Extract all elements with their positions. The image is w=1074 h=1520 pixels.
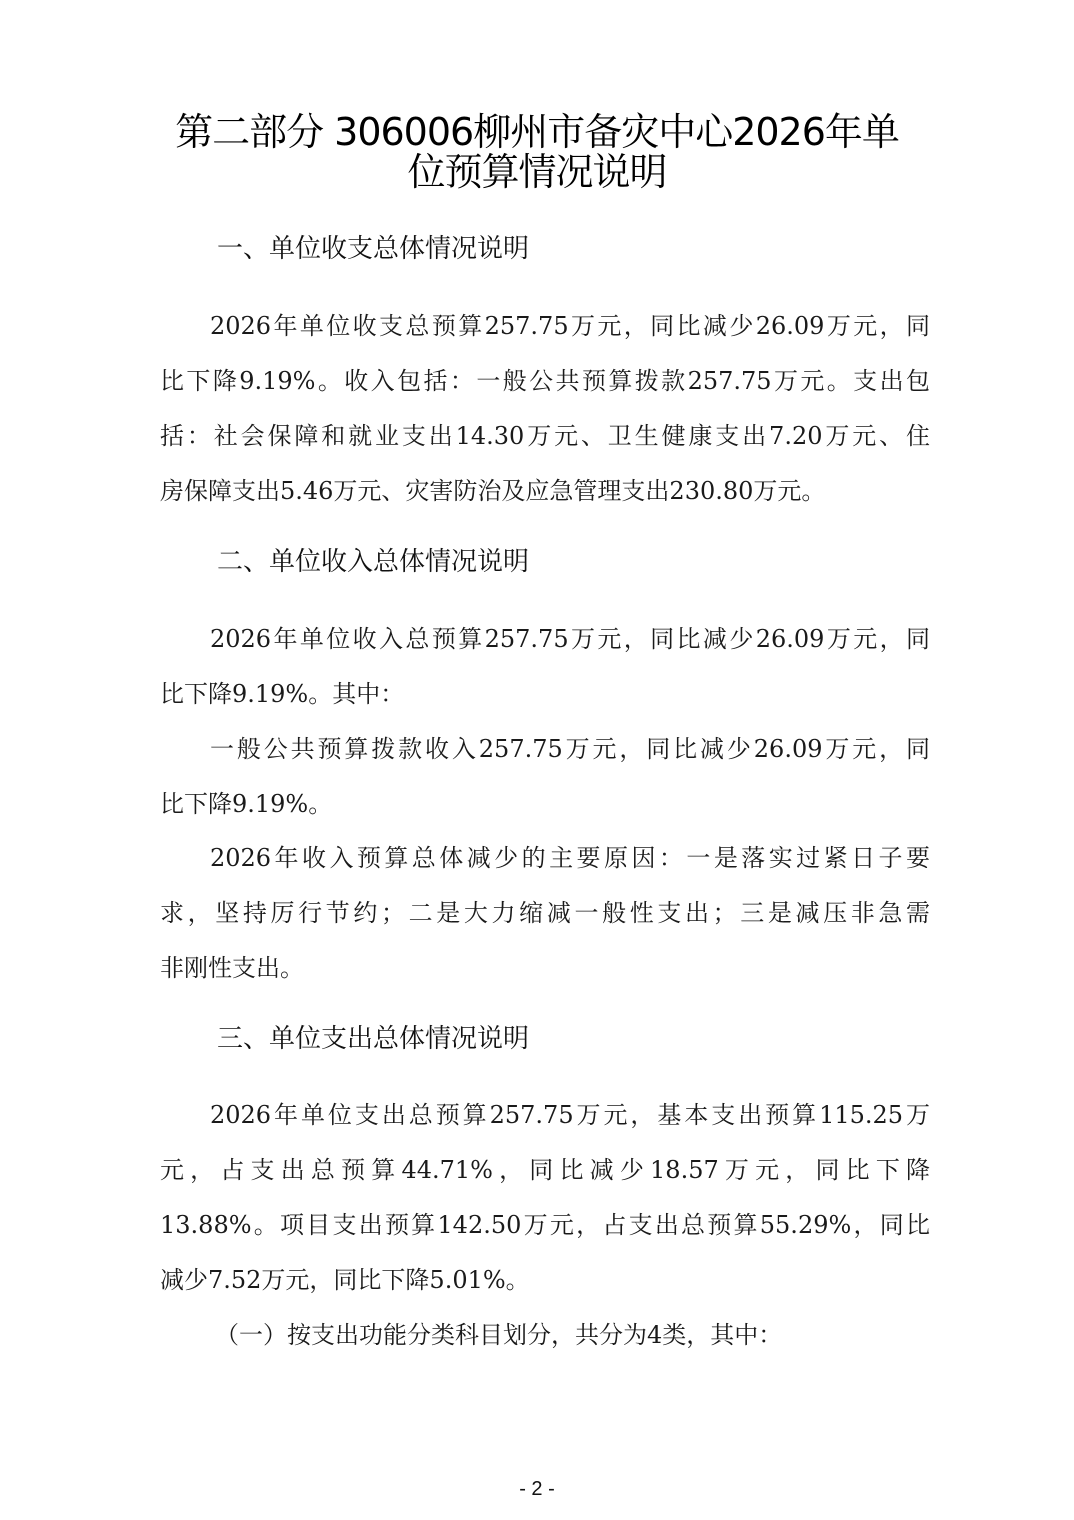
page-number: - 2 - (0, 1478, 1074, 1501)
paragraph-line: 2026年收入预算总体减少的主要原因：一是落实过紧日子要 (210, 843, 930, 873)
paragraph-line: 比下降9.19%。 (160, 789, 930, 819)
section-heading-2: 二、单位收入总体情况说明 (217, 546, 529, 578)
document-title-line-2: 位预算情况说明 (0, 148, 1074, 196)
paragraph-line: 2026年单位收入总预算257.75万元，同比减少26.09万元，同 (210, 624, 930, 654)
section-heading-3: 三、单位支出总体情况说明 (217, 1023, 529, 1055)
paragraph-line: 元，占支出总预算44.71%，同比减少18.57万元，同比下降 (160, 1155, 930, 1185)
paragraph-line: 13.88%。项目支出预算142.50万元，占支出总预算55.29%，同比 (160, 1210, 930, 1240)
paragraph-line: 一般公共预算拨款收入257.75万元，同比减少26.09万元，同 (210, 734, 930, 764)
paragraph-line: 房保障支出5.46万元、灾害防治及应急管理支出230.80万元。 (160, 476, 930, 506)
paragraph-line: 求，坚持厉行节约；二是大力缩减一般性支出；三是减压非急需 (160, 898, 930, 928)
paragraph-line: （一）按支出功能分类科目划分，共分为4类，其中： (215, 1320, 930, 1350)
paragraph-line: 括：社会保障和就业支出14.30万元、卫生健康支出7.20万元、住 (160, 421, 930, 451)
paragraph-line: 2026年单位收支总预算257.75万元，同比减少26.09万元，同 (210, 311, 930, 341)
paragraph-line: 2026年单位支出总预算257.75万元，基本支出预算115.25万 (210, 1100, 930, 1130)
paragraph-line: 减少7.52万元，同比下降5.01%。 (160, 1265, 930, 1295)
paragraph-line: 比下降9.19%。其中： (160, 679, 930, 709)
document-page: 第二部分 306006柳州市备灾中心2026年单 位预算情况说明 一、单位收支总… (0, 0, 1074, 1520)
paragraph-line: 非刚性支出。 (160, 953, 930, 983)
paragraph-line: 比下降9.19%。收入包括：一般公共预算拨款257.75万元。支出包 (160, 366, 930, 396)
section-heading-1: 一、单位收支总体情况说明 (217, 233, 529, 265)
